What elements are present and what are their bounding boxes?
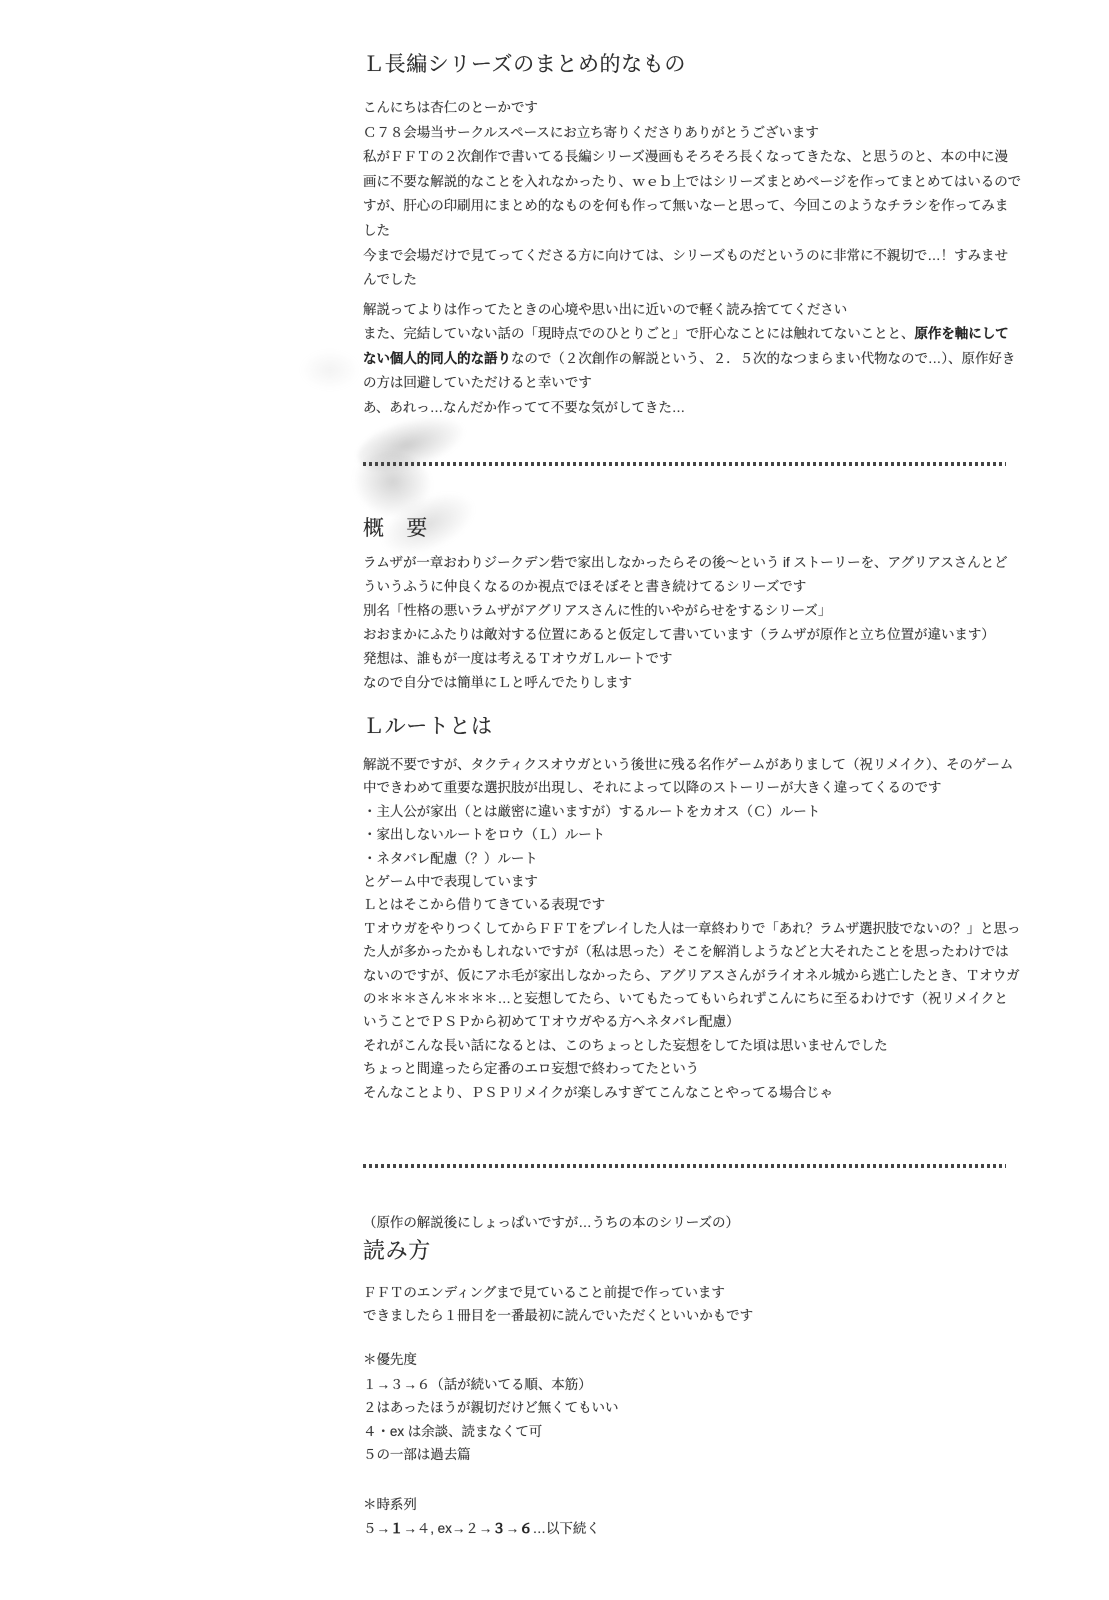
- text-line: できましたら１冊目を一番最初に読んでいただくといいかもです: [363, 1304, 753, 1327]
- text-line: また、完結していない話の「現時点でのひとりごと」で肝心なことには触れてないことと…: [363, 322, 1015, 346]
- text-line: 発想は、誰もが一度は考えるＴオウガＬルートです: [363, 647, 1008, 671]
- text-line: 解説ってよりは作ってたときの心境や思い出に近いので軽く読み捨ててください: [363, 298, 1015, 322]
- text-line: 今まで会場だけで見てってくださる方に向けては、シリーズものだというのに非常に不親…: [363, 244, 1021, 269]
- text-line: 解説不要ですが、タクティクスオウガという後世に残る名作ゲームがありまして（祝リメ…: [363, 753, 1020, 776]
- text-run: なので（２次創作の解説という、２．５次的なつまらまい代物なので…）、原作好き: [511, 351, 1015, 366]
- text-run: →: [506, 1521, 519, 1536]
- text-line: 私がＦＦＴの２次創作で書いてる長編シリーズ漫画もそろそろ長くなってきたな、と思う…: [363, 145, 1021, 170]
- list-item: １→３→６（話が続いてる順、本筋）: [363, 1373, 618, 1396]
- intro-paragraph: こんにちは杏仁のとーかです Ｃ７８会場当サークルスペースにお立ち寄りくださりあり…: [363, 96, 1021, 293]
- content-column: Ｌ長編シリーズのまとめ的なもの こんにちは杏仁のとーかです Ｃ７８会場当サークル…: [363, 0, 1023, 1600]
- text-line: ういうふうに仲良くなるのか視点でほそぼそと書き続けてるシリーズです: [363, 575, 1008, 599]
- timeline-label: ＊時系列: [363, 1493, 417, 1513]
- bold-text-run: １: [390, 1521, 403, 1536]
- text-line: 別名「性格の悪いラムザがアグリアスさんに性的いやがらせをするシリーズ」: [363, 599, 1008, 623]
- page-title: Ｌ長編シリーズのまとめ的なもの: [363, 48, 686, 78]
- bold-text-run: 原作を軸にして: [914, 326, 1008, 341]
- text-run: …以下続く: [533, 1521, 600, 1536]
- dotted-divider: [363, 1164, 1006, 1168]
- text-line: あ、あれっ…なんだか作ってて不要な気がしてきた…: [363, 396, 1015, 420]
- text-line: ・ネタバレ配慮（？）ルート: [363, 847, 1020, 870]
- text-line: ・家出しないルートをロウ（Ｌ）ルート: [363, 823, 1020, 846]
- bold-text-run: ない個人的同人的な語り: [363, 351, 511, 366]
- text-line: Ｌとはそこから借りてきている表現です: [363, 893, 1020, 916]
- text-line: こんにちは杏仁のとーかです: [363, 96, 1021, 121]
- text-line: た人が多かったかもしれないですが（私は思った）そこを解消しようなどと大それたこと…: [363, 940, 1020, 963]
- lroute-heading: Ｌルートとは: [363, 710, 493, 740]
- text-run: ５→: [363, 1521, 390, 1536]
- bold-text-run: ３: [492, 1521, 505, 1536]
- timeline-line: ５→１→４, ex→２→３→６…以下続く: [363, 1517, 600, 1537]
- howto-heading: 読み方: [363, 1234, 431, 1265]
- text-line: ラムザが一章おわりジークデン砦で家出しなかったらその後～という if ストーリー…: [363, 551, 1008, 575]
- lroute-paragraph: 解説不要ですが、タクティクスオウガという後世に残る名作ゲームがありまして（祝リメ…: [363, 753, 1020, 1104]
- text-line: ＦＦＴのエンディングまで見ていること前提で作っています: [363, 1281, 753, 1304]
- howto-preamble: （原作の解説後にしょっぱいですが…うちの本のシリーズの）: [363, 1211, 739, 1231]
- text-line: なので自分では簡単にＬと呼んでたりします: [363, 671, 1008, 695]
- list-item: ４・ex は余談、読まなくて可: [363, 1420, 618, 1443]
- text-line: とゲーム中で表現しています: [363, 870, 1020, 893]
- text-line: した: [363, 219, 1021, 244]
- text-line: 中できわめて重要な選択肢が出現し、それによって以降のストーリーが大きく違ってくる…: [363, 776, 1020, 799]
- disclaimer-paragraph: 解説ってよりは作ってたときの心境や思い出に近いので軽く読み捨ててください また、…: [363, 298, 1015, 420]
- scanned-flyer-page: Ｌ長編シリーズのまとめ的なもの こんにちは杏仁のとーかです Ｃ７８会場当サークル…: [0, 0, 1109, 1600]
- dotted-divider: [363, 462, 1006, 466]
- priority-list: １→３→６（話が続いてる順、本筋） ２はあったほうが親切だけど無くてもいい ４・…: [363, 1373, 618, 1467]
- overview-paragraph: ラムザが一章おわりジークデン砦で家出しなかったらその後～という if ストーリー…: [363, 551, 1008, 695]
- text-run: →４, ex→２→: [403, 1521, 492, 1536]
- text-line: そんなことより、ＰＳＰリメイクが楽しみすぎてこんなことやってる場合じゃ: [363, 1081, 1020, 1104]
- text-line: すが、肝心の印刷用にまとめ的なものを何も作って無いなーと思って、今回このようなチ…: [363, 194, 1021, 219]
- overview-heading: 概 要: [363, 512, 428, 542]
- bold-text-run: ６: [519, 1521, 532, 1536]
- text-line: んでした: [363, 268, 1021, 293]
- text-line: おおまかにふたりは敵対する位置にあると仮定して書いています（ラムザが原作と立ち位…: [363, 623, 1008, 647]
- text-line: ないのですが、仮にアホ毛が家出しなかったら、アグリアスさんがライオネル城から逃亡…: [363, 964, 1020, 987]
- text-line: ない個人的同人的な語りなので（２次創作の解説という、２．５次的なつまらまい代物な…: [363, 347, 1015, 371]
- howto-paragraph: ＦＦＴのエンディングまで見ていること前提で作っています できましたら１冊目を一番…: [363, 1281, 753, 1328]
- text-line: ＴオウガをやりつくしてからＦＦＴをプレイした人は一章終わりで「あれ？ラムザ選択肢…: [363, 917, 1020, 940]
- priority-label: ＊優先度: [363, 1348, 417, 1368]
- list-item: ２はあったほうが親切だけど無くてもいい: [363, 1396, 618, 1419]
- scan-smudge: [300, 350, 360, 390]
- text-line: ちょっと間違ったら定番のエロ妄想で終わってたという: [363, 1057, 1020, 1080]
- list-item: ５の一部は過去篇: [363, 1443, 618, 1466]
- text-line: ・主人公が家出（とは厳密に違いますが）するルートをカオス（Ｃ）ルート: [363, 800, 1020, 823]
- text-line: いうことでＰＳＰから初めてＴオウガやる方へネタバレ配慮）: [363, 1010, 1020, 1033]
- text-line: それがこんな長い話になるとは、このちょっとした妄想をしてた頃は思いませんでした: [363, 1034, 1020, 1057]
- text-run: また、完結していない話の「現時点でのひとりごと」で肝心なことには触れてないことと…: [363, 326, 914, 341]
- text-line: の＊＊＊さん＊＊＊＊…と妄想してたら、いてもたってもいられずこんにちに至るわけで…: [363, 987, 1020, 1010]
- text-line: Ｃ７８会場当サークルスペースにお立ち寄りくださりありがとうございます: [363, 121, 1021, 146]
- text-line: の方は回避していただけると幸いです: [363, 371, 1015, 395]
- text-line: 画に不要な解説的なことを入れなかったり、ｗｅｂ上ではシリーズまとめページを作って…: [363, 170, 1021, 195]
